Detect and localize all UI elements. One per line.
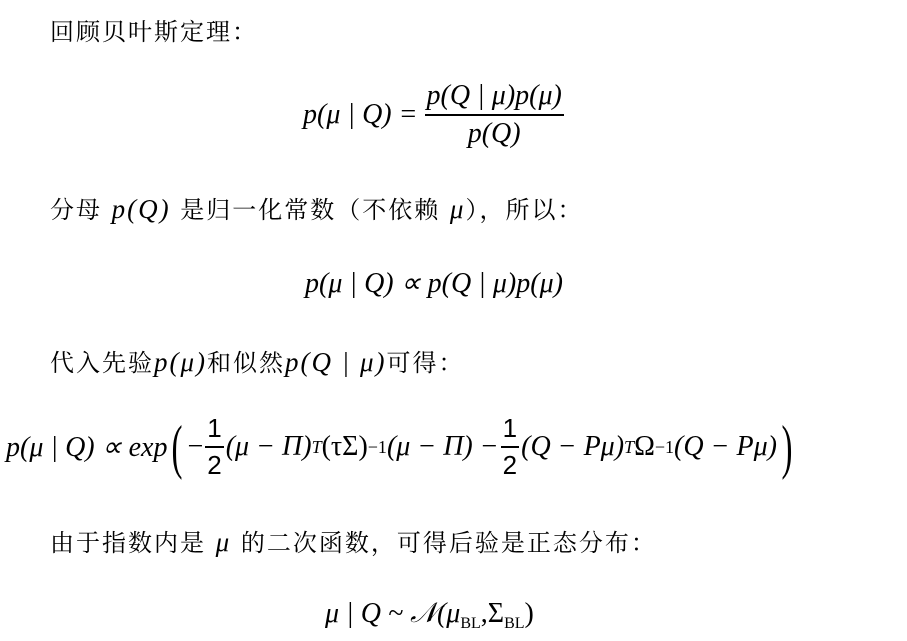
intro-text: 回顾贝叶斯定理： xyxy=(50,12,258,47)
text-segment: 和似然 xyxy=(207,349,285,377)
fraction-numerator: 1 xyxy=(205,413,223,448)
text-segment: 的二次函数，可得后验是正态分布： xyxy=(241,529,657,557)
bl-subscript: BL xyxy=(460,615,480,632)
text-segment: ），所以： xyxy=(465,196,583,224)
posterior-lhs: μ | Q ~ xyxy=(325,598,410,629)
posterior-distribution-equation: μ | Q ~ 𝒩(μBL,ΣBL) xyxy=(325,598,534,633)
inverse-sup: −1 xyxy=(368,437,387,458)
transpose-sup: T xyxy=(624,437,634,458)
half-fraction-2: 1 2 xyxy=(501,413,519,481)
fraction-denominator: 2 xyxy=(501,448,519,481)
bayes-denominator: p(Q) xyxy=(425,116,564,150)
inline-math: μ xyxy=(450,194,466,224)
sigma-term: ,Σ xyxy=(481,598,504,629)
bl-subscript: BL xyxy=(504,615,524,632)
inline-math: p(Q) xyxy=(112,194,171,224)
half-fraction-1: 1 2 xyxy=(205,413,223,481)
normal-dist-symbol: 𝒩 xyxy=(410,598,437,629)
text-segment: 代入先验 xyxy=(50,349,154,377)
posterior-exp-equation: p(μ | Q) ∝ exp ( − 1 2 (μ − Π)T (τΣ)−1 (… xyxy=(6,412,797,482)
likelihood-term: (Q − Pμ) xyxy=(521,431,624,463)
proportional-equation: p(μ | Q) ∝ p(Q | μ)p(μ) xyxy=(305,266,563,300)
minus-sign: − xyxy=(187,431,203,463)
inverse-sup: −1 xyxy=(655,437,674,458)
right-big-paren: ) xyxy=(781,417,792,477)
mu-open: (μ xyxy=(437,598,460,629)
fraction-numerator: 1 xyxy=(501,413,519,448)
text-segment: 可得： xyxy=(387,349,465,377)
inline-math: μ xyxy=(216,527,232,557)
normalizer-text: 分母 p(Q) 是归一化常数（不依赖 μ），所以： xyxy=(50,190,583,225)
text-segment: 由于指数内是 xyxy=(50,529,206,557)
bayes-fraction: p(Q | μ)p(μ) p(Q) xyxy=(425,80,564,150)
bayes-equation: p(μ | Q) = p(Q | μ)p(μ) p(Q) xyxy=(303,80,564,150)
prior-term: (μ − Π) xyxy=(226,431,312,463)
quadratic-text: 由于指数内是 μ 的二次函数，可得后验是正态分布： xyxy=(50,523,657,558)
tau-sigma-term: (τΣ) xyxy=(322,431,368,463)
exp-lhs: p(μ | Q) ∝ exp xyxy=(6,430,167,464)
bayes-lhs: p(μ | Q) = xyxy=(303,99,418,130)
left-big-paren: ( xyxy=(172,417,183,477)
likelihood-term-2: (Q − Pμ) xyxy=(674,431,777,463)
inline-math: p(Q | μ) xyxy=(285,347,386,377)
fraction-denominator: 2 xyxy=(205,448,223,481)
omega-term: Ω xyxy=(634,431,655,463)
text-segment: 分母 xyxy=(50,196,102,224)
close-paren: ) xyxy=(525,598,534,629)
inline-math: p(μ) xyxy=(154,347,207,377)
prior-term-2: (μ − Π) − xyxy=(387,431,499,463)
substitute-text: 代入先验p(μ)和似然p(Q | μ)可得： xyxy=(50,343,465,378)
text-segment: 是归一化常数（不依赖 xyxy=(180,196,440,224)
transpose-sup: T xyxy=(312,437,322,458)
bayes-numerator: p(Q | μ)p(μ) xyxy=(425,80,564,116)
